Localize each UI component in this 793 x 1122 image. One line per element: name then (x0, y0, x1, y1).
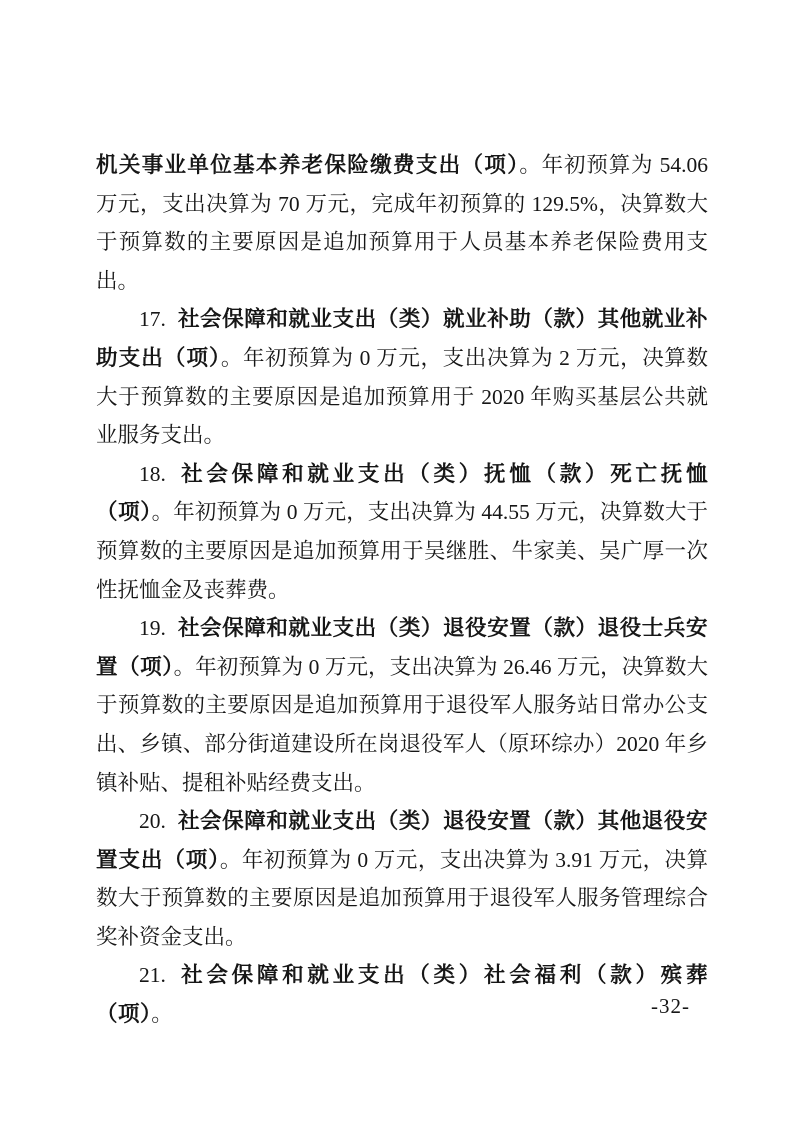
paragraph-16-continuation: 机关事业单位基本养老保险缴费支出（项）。年初预算为 54.06 万元，支出决算为… (96, 146, 708, 300)
paragraph-19: 19.社会保障和就业支出（类）退役安置（款）退役士兵安置（项）。年初预算为 0 … (96, 609, 708, 802)
paragraph-20: 20.社会保障和就业支出（类）退役安置（款）其他退役安置支出（项）。年初预算为 … (96, 802, 708, 956)
paragraph-18: 18.社会保障和就业支出（类）抚恤（款）死亡抚恤（项）。年初预算为 0 万元，支… (96, 455, 708, 609)
paragraph-number: 17. (139, 307, 166, 331)
entry-title-bold: 机关事业单位基本养老保险缴费支出（项） (96, 153, 519, 177)
paragraph-17: 17.社会保障和就业支出（类）就业补助（款）其他就业补助支出（项）。年初预算为 … (96, 300, 708, 454)
page-number: -32- (651, 994, 690, 1019)
entry-body-text: 。年初预算为 0 万元，支出决算为 26.46 万元，决算数大于预算数的主要原因… (96, 655, 708, 795)
paragraph-number: 18. (139, 462, 166, 486)
paragraph-number: 21. (139, 963, 166, 987)
paragraph-21: 21.社会保障和就业支出（类）社会福利（款）殡葬（项）。 (96, 956, 708, 1033)
document-body: 机关事业单位基本养老保险缴费支出（项）。年初预算为 54.06 万元，支出决算为… (96, 146, 708, 1034)
paragraph-number: 20. (139, 809, 166, 833)
paragraph-number: 19. (139, 616, 166, 640)
entry-title-bold: 社会保障和就业支出（类）社会福利（款）殡葬（项） (96, 963, 708, 1026)
document-page: 机关事业单位基本养老保险缴费支出（项）。年初预算为 54.06 万元，支出决算为… (0, 0, 793, 1122)
entry-body-text: 。 (151, 1002, 173, 1026)
entry-body-text: 。年初预算为 0 万元，支出决算为 44.55 万元，决算数大于预算数的主要原因… (96, 500, 708, 601)
